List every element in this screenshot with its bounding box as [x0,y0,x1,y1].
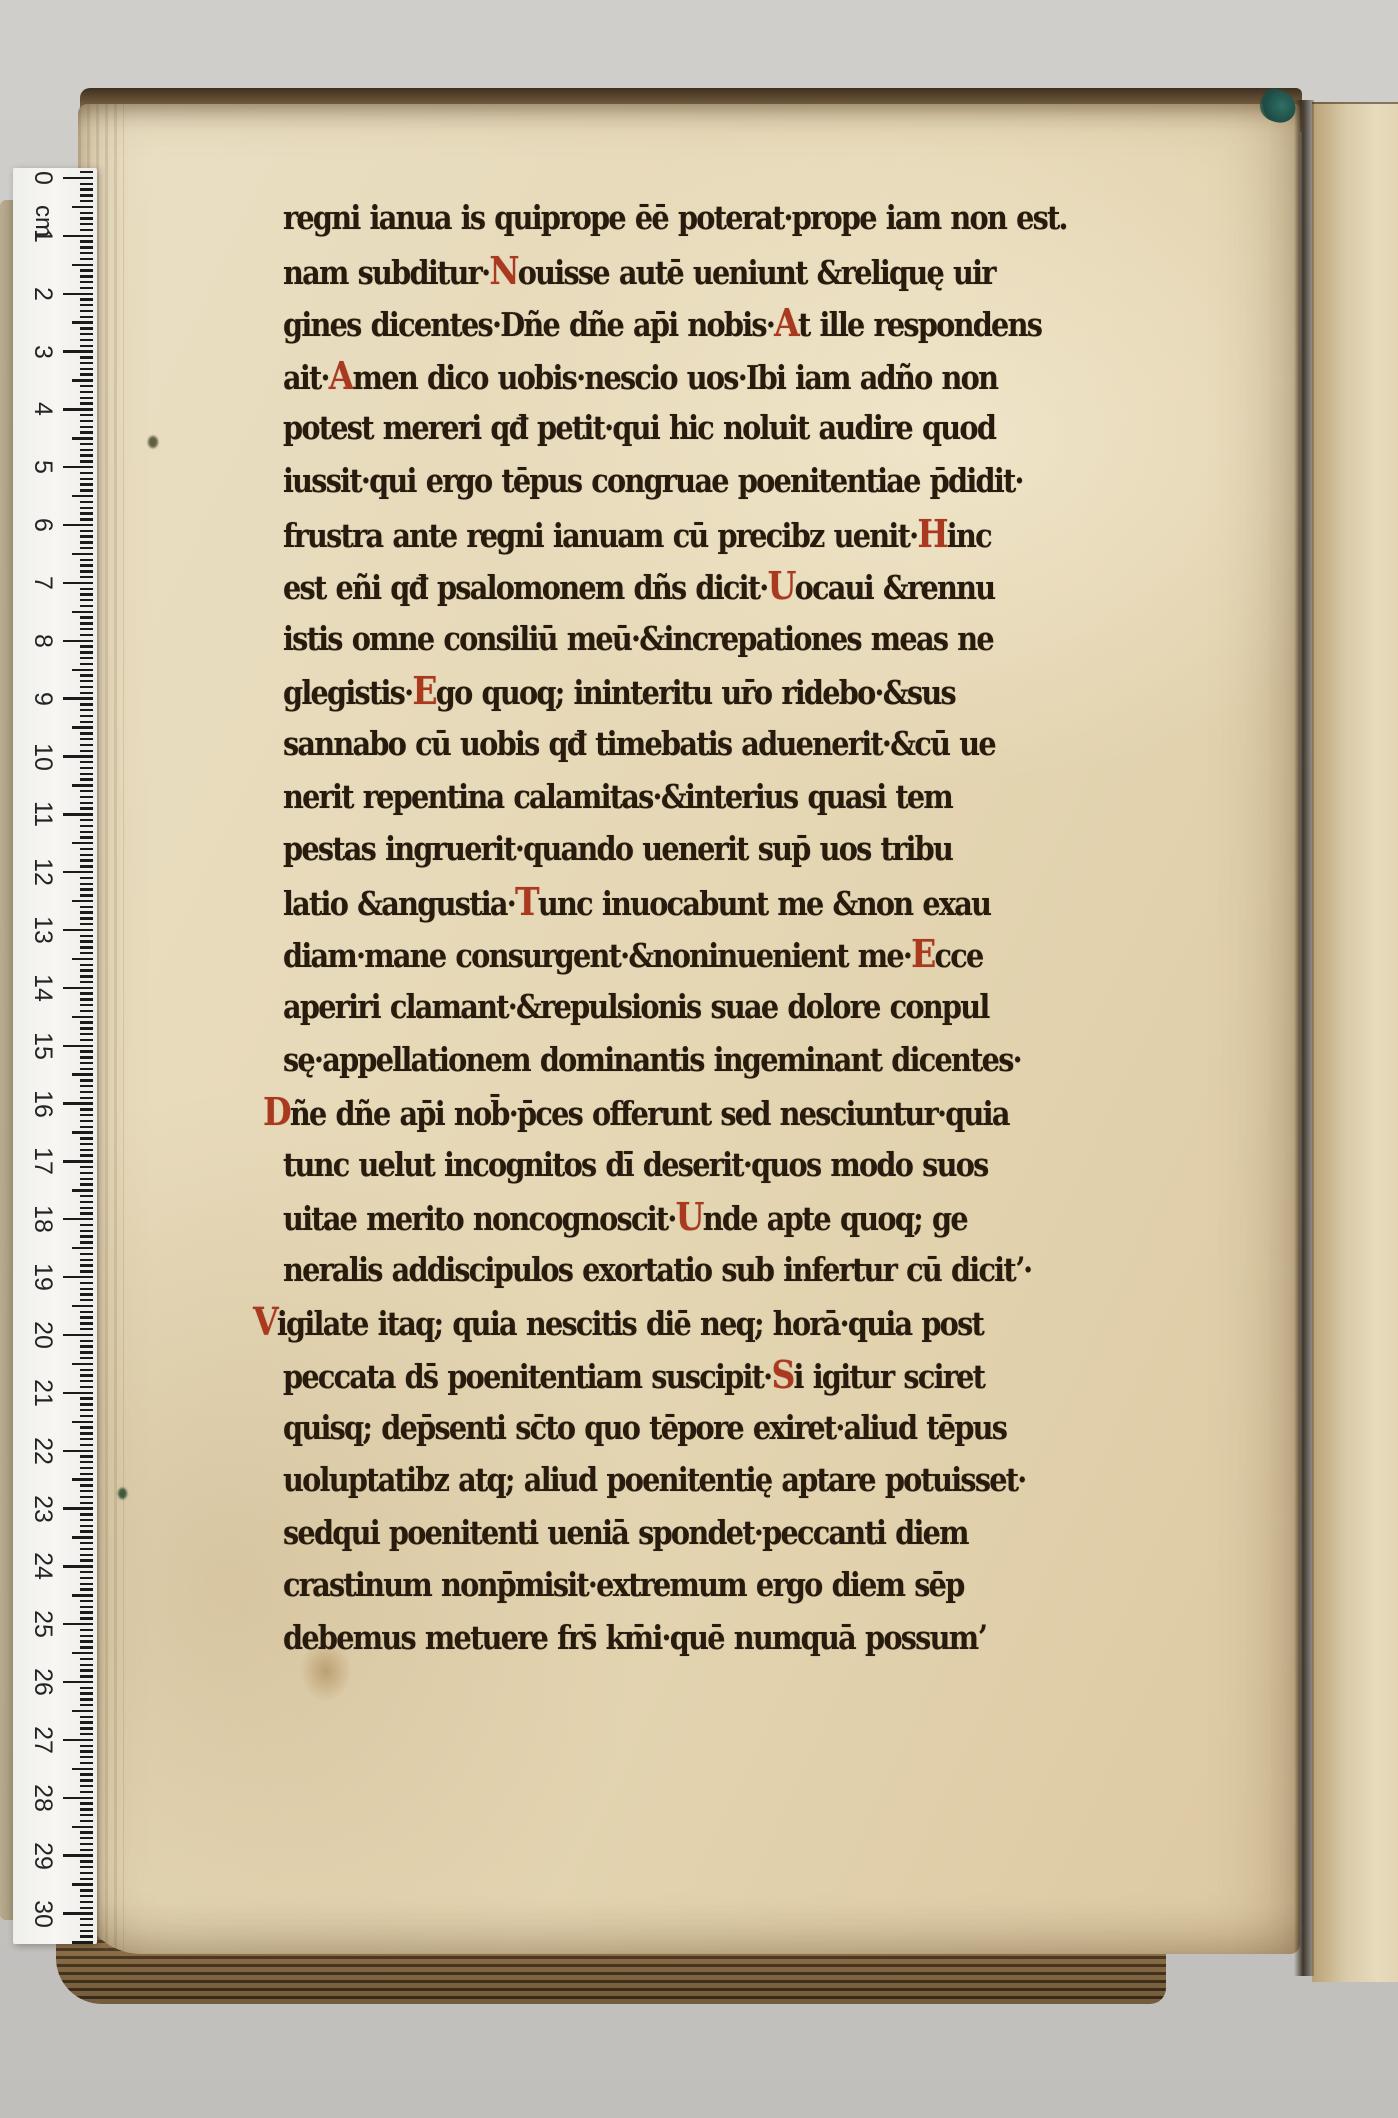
ruler-tick [80,888,93,890]
ruler-tick [80,750,93,752]
ink-text: sedqui poenitenti ueniā spondet·peccanti… [283,1513,968,1552]
ink-text: uitae merito noncognoscit· [283,1199,676,1238]
ruler-number: 25 [30,1594,56,1654]
ruler-tick [80,1704,93,1706]
ruler-tick [80,183,93,185]
ruler-tick [72,1768,93,1770]
ruler-tick [80,1010,93,1012]
ruler-tick [80,796,93,798]
ruler-tick [72,1189,93,1191]
ruler-tick [80,1675,93,1677]
ruler-tick [80,975,93,977]
ruler-number: 26 [30,1652,56,1712]
ruler-tick [80,223,93,225]
ruler-tick [80,674,93,676]
ink-text: men dico uobis·nescio uos·Ibi iam adño n… [353,358,998,397]
ruler-tick [80,883,93,885]
ruler-tick [80,483,93,485]
ruler-tick [80,894,93,896]
ink-text: crastinum nonp̄misit·extremum ergo diem … [283,1565,964,1604]
ruler-number: 2 [30,264,56,324]
ruler-tick [80,964,93,966]
ruler-tick [80,275,93,277]
ruler-tick [63,235,93,237]
ruler-number: 4 [30,379,56,439]
ruler-number: 22 [30,1421,56,1481]
ink-text: i igitur sciret [794,1357,985,1396]
ink-text: aperiri clamant·&repulsionis suae dolore… [283,987,989,1026]
ruler-tick [80,1027,93,1029]
manuscript-line: est eñi qđ psalomonem dñs dicit·Uocaui &… [283,560,927,613]
ruler-number: 24 [30,1536,56,1596]
ruler-tick [80,1270,93,1272]
ruler-number: 19 [30,1247,56,1307]
ruler-tick [80,645,93,647]
ink-text: inc [947,516,991,555]
ruler-tick [80,1085,93,1087]
ruler-tick [80,778,93,780]
ruler-tick [80,622,93,624]
ruler-tick [63,1392,93,1394]
ruler-tick [80,1669,93,1671]
manuscript-page: regni ianua is quiprope ēē poterat·prope… [78,104,1300,1954]
ruler-tick [80,1866,93,1868]
ruler-tick [80,1907,93,1909]
ruler-tick [80,304,93,306]
ruler-tick [80,981,93,983]
ruler-tick [80,952,93,954]
ruler-tick [72,1073,93,1075]
ink-text: ouisse autē ueniunt &reliquę uir [518,253,995,292]
ruler-tick [80,1698,93,1700]
ruler-tick [80,535,93,537]
ruler-tick [80,1322,93,1324]
ruler-tick [80,1149,93,1151]
ruler-tick [80,1455,93,1457]
rubric-initial: V [253,1299,277,1344]
ruler-tick [80,1432,93,1434]
ruler-tick [80,1328,93,1330]
manuscript-line: crastinum nonp̄misit·extremum ergo diem … [283,1559,927,1612]
ruler-tick [80,1750,93,1752]
ruler-tick [80,998,93,1000]
ruler-tick [80,1039,93,1041]
ruler-tick [72,495,93,497]
ruler-tick [80,1502,93,1504]
ruler-tick [80,1554,93,1556]
ink-text: debemus metuere frs̄ km̄i·quē numquā pos… [283,1618,986,1657]
rubric-initial: E [911,931,934,976]
ruler-tick [72,1536,93,1538]
ruler-tick [80,1021,93,1023]
ruler-tick [80,1629,93,1631]
ruler-tick [80,217,93,219]
ruler-tick [80,200,93,202]
ruler-tick [80,443,93,445]
ruler-tick [72,1478,93,1480]
ruler-tick [80,1745,93,1747]
ruler-tick [80,877,93,879]
ruler-tick [80,911,93,913]
ruler-tick [80,848,93,850]
ruler-tick [63,1739,93,1741]
ruler-tick [80,507,93,509]
ruler-tick [80,1779,93,1781]
manuscript-line: diam·mane consurgent·&noninuenient me·Ec… [283,928,927,981]
ruler-number: 15 [30,1016,56,1076]
ruler-number: 7 [30,553,56,613]
ruler-number: 21 [30,1363,56,1423]
ruler-tick [80,212,93,214]
manuscript-line: sę·appellationem dominantis ingeminant d… [283,1034,927,1087]
ruler-tick [80,1756,93,1758]
ruler-number: 29 [30,1826,56,1886]
ruler-tick [80,1207,93,1209]
ruler-tick [80,940,93,942]
ruler-tick [80,657,93,659]
ruler-tick [80,1120,93,1122]
ruler-tick [80,628,93,630]
ruler-tick [80,1785,93,1787]
ruler-tick [80,1658,93,1660]
ruler-tick [80,1241,93,1243]
ruler-tick [80,1542,93,1544]
ink-text: sę·appellationem dominantis ingeminant d… [283,1040,1021,1079]
ruler-number: 3 [30,322,56,382]
ruler-tick [80,1068,93,1070]
ruler-tick [80,1230,93,1232]
ruler-tick [80,1444,93,1446]
ruler-tick [80,1519,93,1521]
ruler-tick [80,1889,93,1891]
ruler-tick [80,269,93,271]
manuscript-line: ait·Amen dico uobis·nescio uos·Ibi iam a… [283,350,927,403]
ruler-tick [63,871,93,873]
ruler-tick [80,588,93,590]
ruler-tick [80,859,93,861]
ink-text: sannabo cū uobis qđ timebatis aduenerit·… [283,724,995,763]
rubric-initial: D [263,1089,290,1134]
ruler-tick [72,1016,93,1018]
ruler-tick [80,1143,93,1145]
ink-text: quisq; dep̄senti sc̄to quo tēpore exiret… [283,1408,1006,1447]
ruler-tick [72,611,93,613]
ruler-tick [80,420,93,422]
ruler-tick [72,1594,93,1596]
ruler-tick [80,501,93,503]
ruler-tick [63,697,93,699]
ruler-tick [80,1600,93,1602]
manuscript-line: Dñe dñe ap̄i nob̄·p̄ces offerunt sed nes… [263,1086,924,1139]
ruler-tick [63,408,93,410]
ink-text: est eñi qđ psalomonem dñs dicit· [283,568,768,607]
ruler-tick [80,1288,93,1290]
ink-text: frustra ante regni ianuam cū precibz uen… [283,516,917,555]
ruler-tick [80,1340,93,1342]
ruler-tick [80,426,93,428]
ruler-tick [63,1854,93,1856]
ruler-tick [80,454,93,456]
ruler-tick [80,298,93,300]
manuscript-line: Vigilate itaq; quia nescitis diē neq; ho… [253,1296,923,1349]
ruler-tick [80,559,93,561]
ruler-tick [80,1559,93,1561]
ruler-number: 0 [30,148,56,208]
ruler-tick [80,1253,93,1255]
ruler-tick [72,264,93,266]
ruler-tick [80,1259,93,1261]
ruler-tick [80,1403,93,1405]
ruler-tick [63,293,93,295]
ruler-tick [80,414,93,416]
manuscript-line: nam subditur·Nouisse autē ueniunt &reliq… [283,245,927,298]
ruler-tick [72,1883,93,1885]
ruler-tick [63,1045,93,1047]
ruler-tick [80,634,93,636]
ruler-tick [80,1791,93,1793]
ruler-tick [80,1345,93,1347]
ruler-tick [80,1588,93,1590]
rubric-initial: T [515,879,538,924]
ruler-tick [72,900,93,902]
ruler-number: 20 [30,1305,56,1365]
ruler-tick [80,1924,93,1926]
ruler-tick [80,1496,93,1498]
ruler-tick [80,1571,93,1573]
ruler-tick [80,1108,93,1110]
ruler-tick [80,1397,93,1399]
ruler-tick [80,616,93,618]
manuscript-line: neralis addiscipulos exortatio sub infer… [283,1244,927,1297]
ruler-tick [80,1473,93,1475]
ruler-tick [80,362,93,364]
ruler-tick [80,460,93,462]
ruler-tick [80,1762,93,1764]
ruler-tick [80,1548,93,1550]
ruler-tick [80,1490,93,1492]
ruler-tick [80,385,93,387]
ruler-tick [80,721,93,723]
ruler-tick [80,1727,93,1729]
manuscript-line: aperiri clamant·&repulsionis suae dolore… [283,981,927,1034]
ruler-tick [80,246,93,248]
rubric-initial: E [412,668,435,713]
ruler-tick [63,350,93,352]
rubric-initial: U [768,563,795,608]
ruler-number: 17 [30,1131,56,1191]
ruler-tick [80,1583,93,1585]
manuscript-line: tunc uelut incognitos dī deserit·quos mo… [283,1139,927,1192]
ruler-tick [80,1415,93,1417]
ruler-tick [80,1901,93,1903]
ink-text: cce [935,936,983,975]
ruler-tick [80,992,93,994]
manuscript-line: uitae merito noncognoscit·Unde apte quoq… [283,1191,927,1244]
ruler-number: 14 [30,958,56,1018]
ruler-tick [80,478,93,480]
ruler-tick [80,1374,93,1376]
ruler-tick [80,564,93,566]
ruler-tick [80,703,93,705]
manuscript-line: nerit repentina calamitas·&interius quas… [283,771,927,824]
ruler-tick [80,1802,93,1804]
ink-text: igilate itaq; quia nescitis diē neq; hor… [277,1304,983,1343]
ruler-tick [80,744,93,746]
ruler-tick [80,489,93,491]
ruler-tick [80,1201,93,1203]
ruler-tick [72,669,93,671]
ink-text: uoluptatibz atq; aliud poenitentię aptar… [283,1460,1026,1499]
ruler-tick [80,327,93,329]
ruler-tick [80,194,93,196]
ink-text: latio &angustia· [283,884,515,923]
ruler-tick [63,1334,93,1336]
ruler-number: 13 [30,900,56,960]
ruler-tick [80,1380,93,1382]
ruler-tick [80,1860,93,1862]
ruler-tick [80,1166,93,1168]
ruler-tick [80,1716,93,1718]
ruler-tick [72,1826,93,1828]
ruler-tick [80,391,93,393]
ruler-tick [80,1212,93,1214]
ruler-tick [80,1178,93,1180]
ruler-tick [63,1160,93,1162]
ruler-tick [72,1941,93,1943]
ruler-tick [80,1079,93,1081]
manuscript-line: iussit·qui ergo tēpus congruae poenitent… [283,455,927,508]
ruler-tick [80,1426,93,1428]
manuscript-line: quisq; dep̄senti sc̄to quo tēpore exiret… [283,1402,927,1455]
ruler-tick [80,316,93,318]
ruler-tick [80,761,93,763]
manuscript-line: latio &angustia·Tunc inuocabunt me &non … [283,876,927,929]
ink-text: tunc uelut incognitos dī deserit·quos mo… [283,1145,988,1184]
ruler-tick [80,969,93,971]
ruler-tick [80,1577,93,1579]
ruler-tick [72,437,93,439]
ruler-tick [80,1635,93,1637]
ruler-number: 8 [30,611,56,671]
ruler-tick [80,1918,93,1920]
ruler-tick [80,767,93,769]
ruler-tick [80,431,93,433]
ruler-tick [80,373,93,375]
ruler-tick [80,287,93,289]
facing-page [1312,102,1398,1982]
ruler-tick [80,1137,93,1139]
ruler-tick [80,1461,93,1463]
ruler-tick [80,171,93,173]
ruler-tick [80,599,93,601]
ruler-tick [80,686,93,688]
ruler-tick [80,518,93,520]
ruler-tick [63,987,93,989]
ruler-tick [80,1264,93,1266]
ink-text: ait· [283,358,329,397]
ruler-tick [80,402,93,404]
ruler-tick [72,1305,93,1307]
ruler-tick [80,368,93,370]
ruler-tick [80,333,93,335]
ruler-tick [80,1484,93,1486]
ruler-tick [80,732,93,734]
ruler-tick [63,524,93,526]
ruler-tick [72,1710,93,1712]
ruler-tick [80,825,93,827]
ruler-tick [80,1293,93,1295]
ruler-number: 12 [30,842,56,902]
ruler-tick [63,1681,93,1683]
ruler-tick [80,1467,93,1469]
manuscript-text-block: regni ianua is quiprope ēē poterat·prope… [283,192,1023,1665]
ruler-tick [80,692,93,694]
manuscript-line: regni ianua is quiprope ēē poterat·prope… [283,192,927,245]
ruler-tick [80,906,93,908]
ink-text: t ille respondens [798,305,1041,344]
ruler-tick [63,813,93,815]
photo-backdrop: regni ianua is quiprope ēē poterat·prope… [0,0,1398,2118]
ruler-number: 16 [30,1074,56,1134]
ruler-number: 9 [30,669,56,729]
ruler-tick [80,1664,93,1666]
ruler-tick [80,1525,93,1527]
ruler-tick [80,1872,93,1874]
ruler-tick [80,1369,93,1371]
ruler-tick [80,1606,93,1608]
ruler-tick [80,1311,93,1313]
ruler-number: 18 [30,1189,56,1249]
ruler-tick [80,1114,93,1116]
ruler-tick [80,865,93,867]
ruler-number: 27 [30,1710,56,1770]
ruler-tick [72,726,93,728]
ink-text: ñe dñe ap̄i nob̄·p̄ces offerunt sed nesc… [290,1094,1009,1133]
ruler-tick [63,1507,93,1509]
manuscript-line: potest mereri qđ petit·qui hic noluit au… [283,402,927,455]
ruler-tick [63,1565,93,1567]
ruler-tick [80,1409,93,1411]
ruler-number: 23 [30,1479,56,1539]
ruler-tick [80,1172,93,1174]
ink-text: neralis addiscipulos exortatio sub infer… [283,1250,1031,1289]
ruler-tick [72,784,93,786]
ruler-tick [80,1808,93,1810]
ruler-tick [72,1131,93,1133]
ruler-tick [80,715,93,717]
ruler-tick [63,1450,93,1452]
ruler-tick [80,547,93,549]
ruler-tick [80,738,93,740]
ruler-tick [80,570,93,572]
ruler-tick [80,1820,93,1822]
ruler-tick [80,1530,93,1532]
rubric-initial: A [774,300,798,345]
ruler-tick [80,1640,93,1642]
ruler-tick [80,790,93,792]
ruler-tick [63,466,93,468]
ruler-tick [80,807,93,809]
ruler-tick [63,1912,93,1914]
ruler-tick [72,379,93,381]
ruler-tick [80,923,93,925]
ruler-tick [80,1849,93,1851]
ink-text: gines dicentes·Dñe dñe ap̄i nobis· [283,305,774,344]
ruler-tick [80,541,93,543]
ink-text: nerit repentina calamitas·&interius quas… [283,777,952,816]
ink-text: go quoq; ininteritu ur̄o ridebo·&sus [436,673,955,712]
ruler-tick [80,946,93,948]
